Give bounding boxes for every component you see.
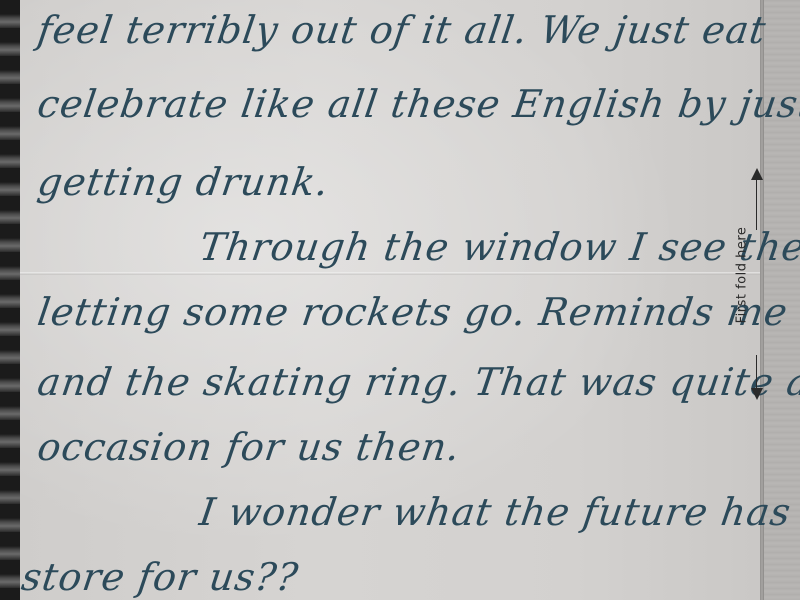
letter-line: store for us?? xyxy=(19,555,301,599)
first-fold-here-label: First fold here xyxy=(735,227,750,324)
letter-line: feel terribly out of it all. We just eat xyxy=(35,8,769,52)
letter-line: and the skating ring. That was quite an xyxy=(35,360,800,404)
letter-line: getting drunk. xyxy=(35,160,332,204)
arrow-up-shaft xyxy=(756,170,757,230)
letter-line: celebrate like all these English by just xyxy=(35,82,800,126)
letter-line: letting some rockets go. Reminds me of O… xyxy=(35,290,800,334)
dark-background-edge xyxy=(0,0,20,600)
horizontal-fold-crease xyxy=(20,272,760,275)
letter-line: Through the window I see they are xyxy=(197,225,800,269)
arrow-down-icon xyxy=(751,388,763,400)
letter-line: occasion for us then. xyxy=(35,425,463,469)
letter-line: I wonder what the future has in xyxy=(197,490,800,534)
arrow-up-icon xyxy=(751,168,763,180)
